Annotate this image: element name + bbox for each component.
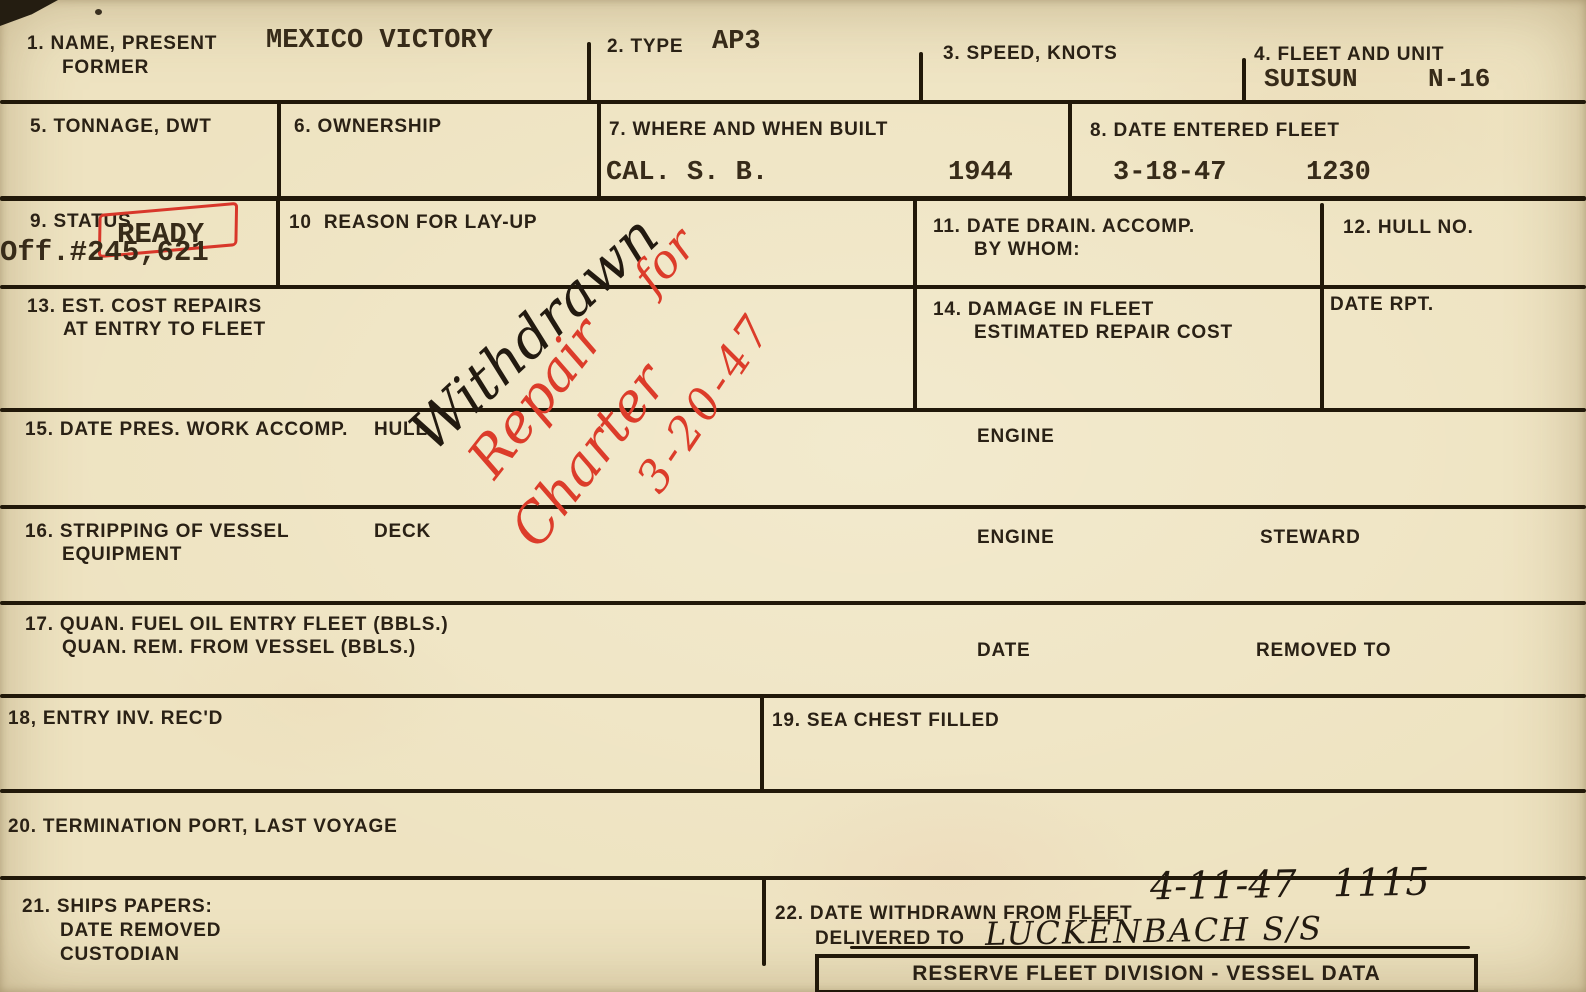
scan-corner-mark bbox=[0, 0, 58, 26]
grid-line-v8 bbox=[913, 199, 917, 410]
ink-speck bbox=[95, 9, 102, 15]
field-13-label2: AT ENTRY TO FLEET bbox=[63, 319, 266, 341]
field-17-removed-to-label: REMOVED TO bbox=[1256, 640, 1391, 662]
builder-value: CAL. S. B. bbox=[606, 158, 768, 188]
grid-line-v3 bbox=[1242, 58, 1246, 102]
grid-line-h5 bbox=[0, 505, 1586, 509]
date-rpt-label: DATE RPT. bbox=[1330, 294, 1434, 316]
field-1-label-former: FORMER bbox=[62, 57, 149, 79]
field-11-label: 11. DATE DRAIN. ACCOMP. bbox=[933, 216, 1195, 238]
field-14-label2: ESTIMATED REPAIR COST bbox=[974, 322, 1233, 344]
field-11-label-by-whom: BY WHOM: bbox=[974, 239, 1080, 261]
official-number-value: Off.#245,621 bbox=[0, 236, 209, 269]
field-13-label: 13. EST. COST REPAIRS bbox=[27, 296, 262, 318]
field-21-label2: DATE REMOVED bbox=[60, 920, 221, 942]
grid-line-v4 bbox=[277, 100, 281, 199]
field-3-label: 3. SPEED, KNOTS bbox=[943, 43, 1118, 65]
grid-line-h1 bbox=[0, 100, 1586, 104]
grid-line-h8 bbox=[0, 789, 1586, 793]
grid-line-v2 bbox=[919, 52, 923, 102]
field-2-label: 2. TYPE bbox=[607, 36, 683, 58]
grid-line-v10 bbox=[760, 694, 764, 791]
field-14-label: 14. DAMAGE IN FLEET bbox=[933, 299, 1154, 321]
field-12-label: 12. HULL NO. bbox=[1343, 217, 1474, 239]
grid-line-h6 bbox=[0, 601, 1586, 605]
grid-line-v7 bbox=[276, 199, 280, 287]
field-18-label: 18, ENTRY INV. REC'D bbox=[8, 708, 223, 730]
grid-line-v5 bbox=[597, 100, 601, 199]
field-1-label: 1. NAME, PRESENT bbox=[27, 33, 217, 55]
field-10-label: 10 REASON FOR LAY-UP bbox=[289, 212, 537, 234]
year-built-value: 1944 bbox=[948, 158, 1013, 188]
field-20-label: 20. TERMINATION PORT, LAST VOYAGE bbox=[8, 816, 398, 838]
field-21-label: 21. SHIPS PAPERS: bbox=[22, 896, 213, 918]
ship-type-value: AP3 bbox=[712, 27, 761, 57]
field-21-label3: CUSTODIAN bbox=[60, 944, 180, 966]
delivered-to-label: DELIVERED TO bbox=[815, 928, 965, 950]
banner-box: RESERVE FLEET DIVISION - VESSEL DATA bbox=[815, 954, 1478, 992]
field-17-date-label: DATE bbox=[977, 640, 1031, 662]
withdrawn-date-handwritten: 4-11-47 1115 bbox=[1150, 860, 1430, 909]
field-15-engine-label: ENGINE bbox=[977, 426, 1055, 448]
field-15-label: 15. DATE PRES. WORK ACCOMP. bbox=[25, 419, 348, 441]
field-19-label: 19. SEA CHEST FILLED bbox=[772, 710, 1000, 732]
field-17-label2: QUAN. REM. FROM VESSEL (BBLS.) bbox=[62, 637, 416, 659]
banner-title: RESERVE FLEET DIVISION - VESSEL DATA bbox=[912, 962, 1381, 986]
delivered-to-handwritten: LUCKENBACH S/S bbox=[985, 909, 1324, 953]
field-7-label: 7. WHERE AND WHEN BUILT bbox=[609, 119, 888, 141]
field-16-engine-label: ENGINE bbox=[977, 527, 1055, 549]
grid-line-h7 bbox=[0, 694, 1586, 698]
field-17-label: 17. QUAN. FUEL OIL ENTRY FLEET (BBLS.) bbox=[25, 614, 448, 636]
field-8-label: 8. DATE ENTERED FLEET bbox=[1090, 120, 1340, 142]
field-16-label2: EQUIPMENT bbox=[62, 544, 182, 566]
grid-line-v1 bbox=[587, 42, 591, 102]
field-4-label: 4. FLEET AND UNIT bbox=[1254, 44, 1444, 66]
ship-name-value: MEXICO VICTORY bbox=[266, 26, 493, 56]
grid-line-v9 bbox=[1320, 203, 1324, 410]
unit-value: N-16 bbox=[1428, 64, 1490, 94]
grid-line-h2 bbox=[0, 196, 1586, 201]
field-5-label: 5. TONNAGE, DWT bbox=[30, 116, 212, 138]
field-16-deck-label: DECK bbox=[374, 521, 431, 543]
field-16-label: 16. STRIPPING OF VESSEL bbox=[25, 521, 289, 543]
time-entered-value: 1230 bbox=[1306, 158, 1371, 188]
grid-line-h4 bbox=[0, 408, 1586, 412]
grid-line-h3 bbox=[0, 285, 1586, 289]
field-6-label: 6. OWNERSHIP bbox=[294, 116, 442, 138]
fleet-value: SUISUN bbox=[1264, 64, 1358, 94]
field-16-steward-label: STEWARD bbox=[1260, 527, 1361, 549]
grid-line-v6 bbox=[1068, 100, 1072, 199]
grid-line-v11 bbox=[762, 878, 766, 966]
date-entered-value: 3-18-47 bbox=[1113, 158, 1226, 188]
vessel-data-card: 1. NAME, PRESENT FORMER MEXICO VICTORY 2… bbox=[0, 0, 1586, 992]
